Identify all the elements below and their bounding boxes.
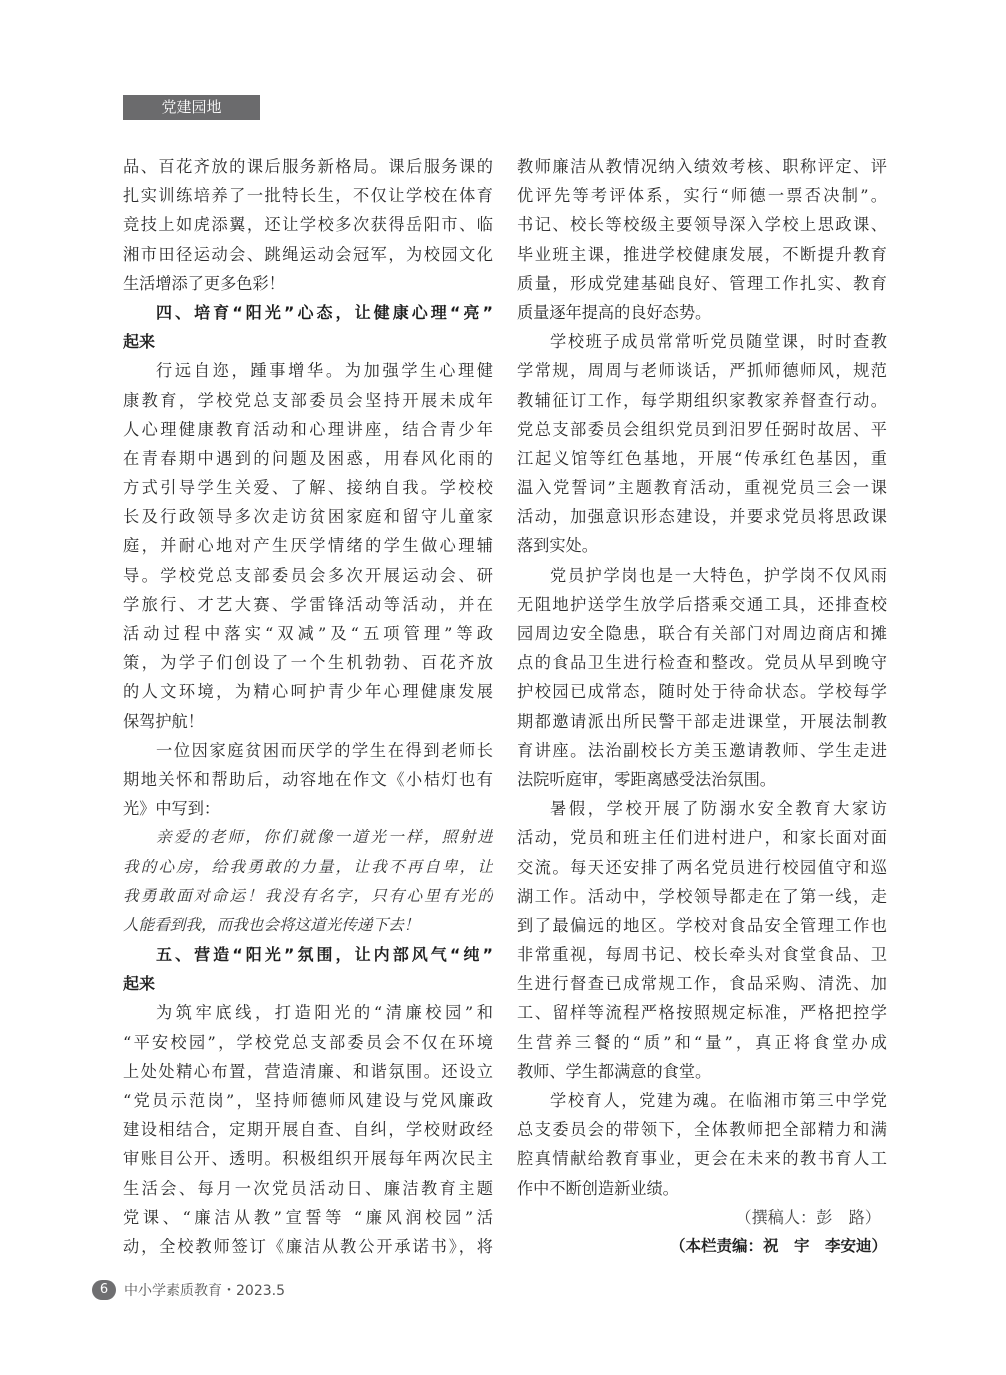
text-line: 的人文环境，为精心呵护青少年心理健康发展 bbox=[123, 677, 493, 706]
text-line: 优评先等考评体系，实行“师德一票否决制”。 bbox=[517, 181, 887, 210]
text-line: 湖工作。活动中，学校领导都走在了第一线，走 bbox=[517, 882, 887, 911]
text-line: 生活增添了更多色彩！ bbox=[123, 269, 493, 298]
text-line: 腔真情献给教育事业，更会在未来的教书育人工 bbox=[517, 1144, 887, 1173]
text-line: 护校园已成常态，随时处于待命状态。学校每学 bbox=[517, 677, 887, 706]
text-line: 扎实训练培养了一批特长生，不仅让学校在体育 bbox=[123, 181, 493, 210]
author-byline: （撰稿人：彭 路） bbox=[517, 1203, 887, 1232]
text-line: 江起义馆等红色基地，开展“传承红色基因，重 bbox=[517, 444, 887, 473]
quote-line: 我勇敢面对命运！我没有名字，只有心里有光的 bbox=[123, 882, 493, 911]
quote-line: 亲爱的老师，你们就像一道光一样，照射进 bbox=[123, 823, 493, 852]
text-line: 作中不断创造新业绩。 bbox=[517, 1174, 887, 1203]
section-heading: 四、培育“阳光”心态，让健康心理“亮” bbox=[123, 298, 493, 327]
text-line: 教师、学生都满意的食堂。 bbox=[517, 1057, 887, 1086]
text-line: 审账目公开、透明。积极组织开展每年两次民主 bbox=[123, 1144, 493, 1173]
text-line: 保驾护航！ bbox=[123, 707, 493, 736]
text-line: 教师廉洁从教情况纳入绩效考核、职称评定、评 bbox=[517, 152, 887, 181]
text-line: 在青春期中遇到的问题及困惑，用春风化雨的 bbox=[123, 444, 493, 473]
text-line: 庭，并耐心地对产生厌学情绪的学生做心理辅 bbox=[123, 531, 493, 560]
right-column: 教师廉洁从教情况纳入绩效考核、职称评定、评优评先等考评体系，实行“师德一票否决制… bbox=[517, 152, 887, 1261]
text-line: 人心理健康教育活动和心理讲座，结合青少年 bbox=[123, 415, 493, 444]
text-line: 生活会、每月一次党员活动日、廉洁教育主题 bbox=[123, 1174, 493, 1203]
text-line: 党课、“廉洁从教”宣誓等 “廉风润校园”活 bbox=[123, 1203, 493, 1232]
text-line: 方式引导学生关爱、了解、接纳自我。学校校 bbox=[123, 473, 493, 502]
left-column: 品、百花齐放的课后服务新格局。课后服务课的扎实训练培养了一批特长生，不仅让学校在… bbox=[123, 152, 493, 1261]
text-line: 期地关怀和帮助后，动容地在作文《小桔灯也有 bbox=[123, 765, 493, 794]
text-line: 光》中写到： bbox=[123, 794, 493, 823]
column-editor: （本栏责编：祝 宇 李安迪） bbox=[517, 1232, 887, 1261]
text-line: 活动过程中落实“双减”及“五项管理”等政 bbox=[123, 619, 493, 648]
text-line: 一位因家庭贫困而厌学的学生在得到老师长 bbox=[123, 736, 493, 765]
text-line: 建设相结合，定期开展自查、自纠，学校财政经 bbox=[123, 1115, 493, 1144]
text-line: 活动，党员和班主任们进村进户，和家长面对面 bbox=[517, 823, 887, 852]
text-line: 上处处精心布置，营造清廉、和谐氛围。还设立 bbox=[123, 1057, 493, 1086]
text-line: 生进行督查已成常规工作，食品采购、清洗、加 bbox=[517, 969, 887, 998]
text-line: 竞技上如虎添翼，还让学校多次获得岳阳市、临 bbox=[123, 210, 493, 239]
text-line: 学旅行、才艺大赛、学雷锋活动等活动，并在 bbox=[123, 590, 493, 619]
text-line: 品、百花齐放的课后服务新格局。课后服务课的 bbox=[123, 152, 493, 181]
text-line: 学校班子成员常常听党员随堂课，时时查教 bbox=[517, 327, 887, 356]
text-line: 教辅征订工作，每学期组织家教家养督查行动。 bbox=[517, 386, 887, 415]
text-line: 交流。每天还安排了两名党员进行校园值守和巡 bbox=[517, 853, 887, 882]
text-line: 活动，加强意识形态建设，并要求党员将思政课 bbox=[517, 502, 887, 531]
text-line: 党总支部委员会组织党员到汨罗任弼时故居、平 bbox=[517, 415, 887, 444]
text-line: 工、留样等流程严格按照规定标准，严格把控学 bbox=[517, 998, 887, 1027]
section-heading: 起来 bbox=[123, 327, 493, 356]
section-banner: 党建园地 bbox=[123, 95, 260, 120]
text-line: 暑假，学校开展了防溺水安全教育大家访 bbox=[517, 794, 887, 823]
text-line: 质量，形成党建基础良好、管理工作扎实、教育 bbox=[517, 269, 887, 298]
text-line: 园周边安全隐患，联合有关部门对周边商店和摊 bbox=[517, 619, 887, 648]
text-line: 生营养三餐的“质”和“量”，真正将食堂办成 bbox=[517, 1028, 887, 1057]
text-line: 落到实处。 bbox=[517, 531, 887, 560]
text-line: 行远自迩，踵事增华。为加强学生心理健 bbox=[123, 356, 493, 385]
text-line: 非常重视，每周书记、校长牵头对食堂食品、卫 bbox=[517, 940, 887, 969]
text-line: 长及行政领导多次走访贫困家庭和留守儿童家 bbox=[123, 502, 493, 531]
text-line: 为筑牢底线，打造阳光的“清廉校园”和 bbox=[123, 998, 493, 1027]
text-line: 湘市田径运动会、跳绳运动会冠军，为校园文化 bbox=[123, 240, 493, 269]
text-line: 质量逐年提高的良好态势。 bbox=[517, 298, 887, 327]
text-line: 育讲座。法治副校长方美玉邀请教师、学生走进 bbox=[517, 736, 887, 765]
publication-name: 中小学素质教育・2023.5 bbox=[124, 1280, 285, 1300]
text-line: 法院听庭审，零距离感受法治氛围。 bbox=[517, 765, 887, 794]
text-line: 无阻地护送学生放学后搭乘交通工具，还排查校 bbox=[517, 590, 887, 619]
text-line: 导。学校党总支部委员会多次开展运动会、研 bbox=[123, 561, 493, 590]
text-line: 毕业班主课，推进学校健康发展，不断提升教育 bbox=[517, 240, 887, 269]
text-line: 学常规，周周与老师谈话，严抓师德师风，规范 bbox=[517, 356, 887, 385]
text-line: “党员示范岗”，坚持师德师风建设与党风廉政 bbox=[123, 1086, 493, 1115]
text-line: 点的食品卫生进行检查和整改。党员从早到晚守 bbox=[517, 648, 887, 677]
text-line: 到了最偏远的地区。学校对食品安全管理工作也 bbox=[517, 911, 887, 940]
section-heading: 五、营造“阳光”氛围，让内部风气“纯” bbox=[123, 940, 493, 969]
text-line: 书记、校长等校级主要领导深入学校上思政课、 bbox=[517, 210, 887, 239]
text-line: 动，全校教师签订《廉洁从教公开承诺书》，将 bbox=[123, 1232, 493, 1261]
page-number-badge: 6 bbox=[92, 1280, 116, 1300]
text-line: 期都邀请派出所民警干部走进课堂，开展法制教 bbox=[517, 707, 887, 736]
page-footer: 6 中小学素质教育・2023.5 bbox=[92, 1279, 285, 1301]
text-line: 总支委员会的带领下，全体教师把全部精力和满 bbox=[517, 1115, 887, 1144]
text-line: 学校育人，党建为魂。在临湘市第三中学党 bbox=[517, 1086, 887, 1115]
quote-line: 我的心房，给我勇敢的力量，让我不再自卑，让 bbox=[123, 853, 493, 882]
text-line: 温入党誓词”主题教育活动，重视党员三会一课 bbox=[517, 473, 887, 502]
section-heading: 起来 bbox=[123, 969, 493, 998]
text-line: 康教育，学校党总支部委员会坚持开展未成年 bbox=[123, 386, 493, 415]
text-line: “平安校园”，学校党总支部委员会不仅在环境 bbox=[123, 1028, 493, 1057]
text-line: 策，为学子们创设了一个生机勃勃、百花齐放 bbox=[123, 648, 493, 677]
quote-line: 人能看到我，而我也会将这道光传递下去！ bbox=[123, 911, 493, 940]
text-line: 党员护学岗也是一大特色，护学岗不仅风雨 bbox=[517, 561, 887, 590]
